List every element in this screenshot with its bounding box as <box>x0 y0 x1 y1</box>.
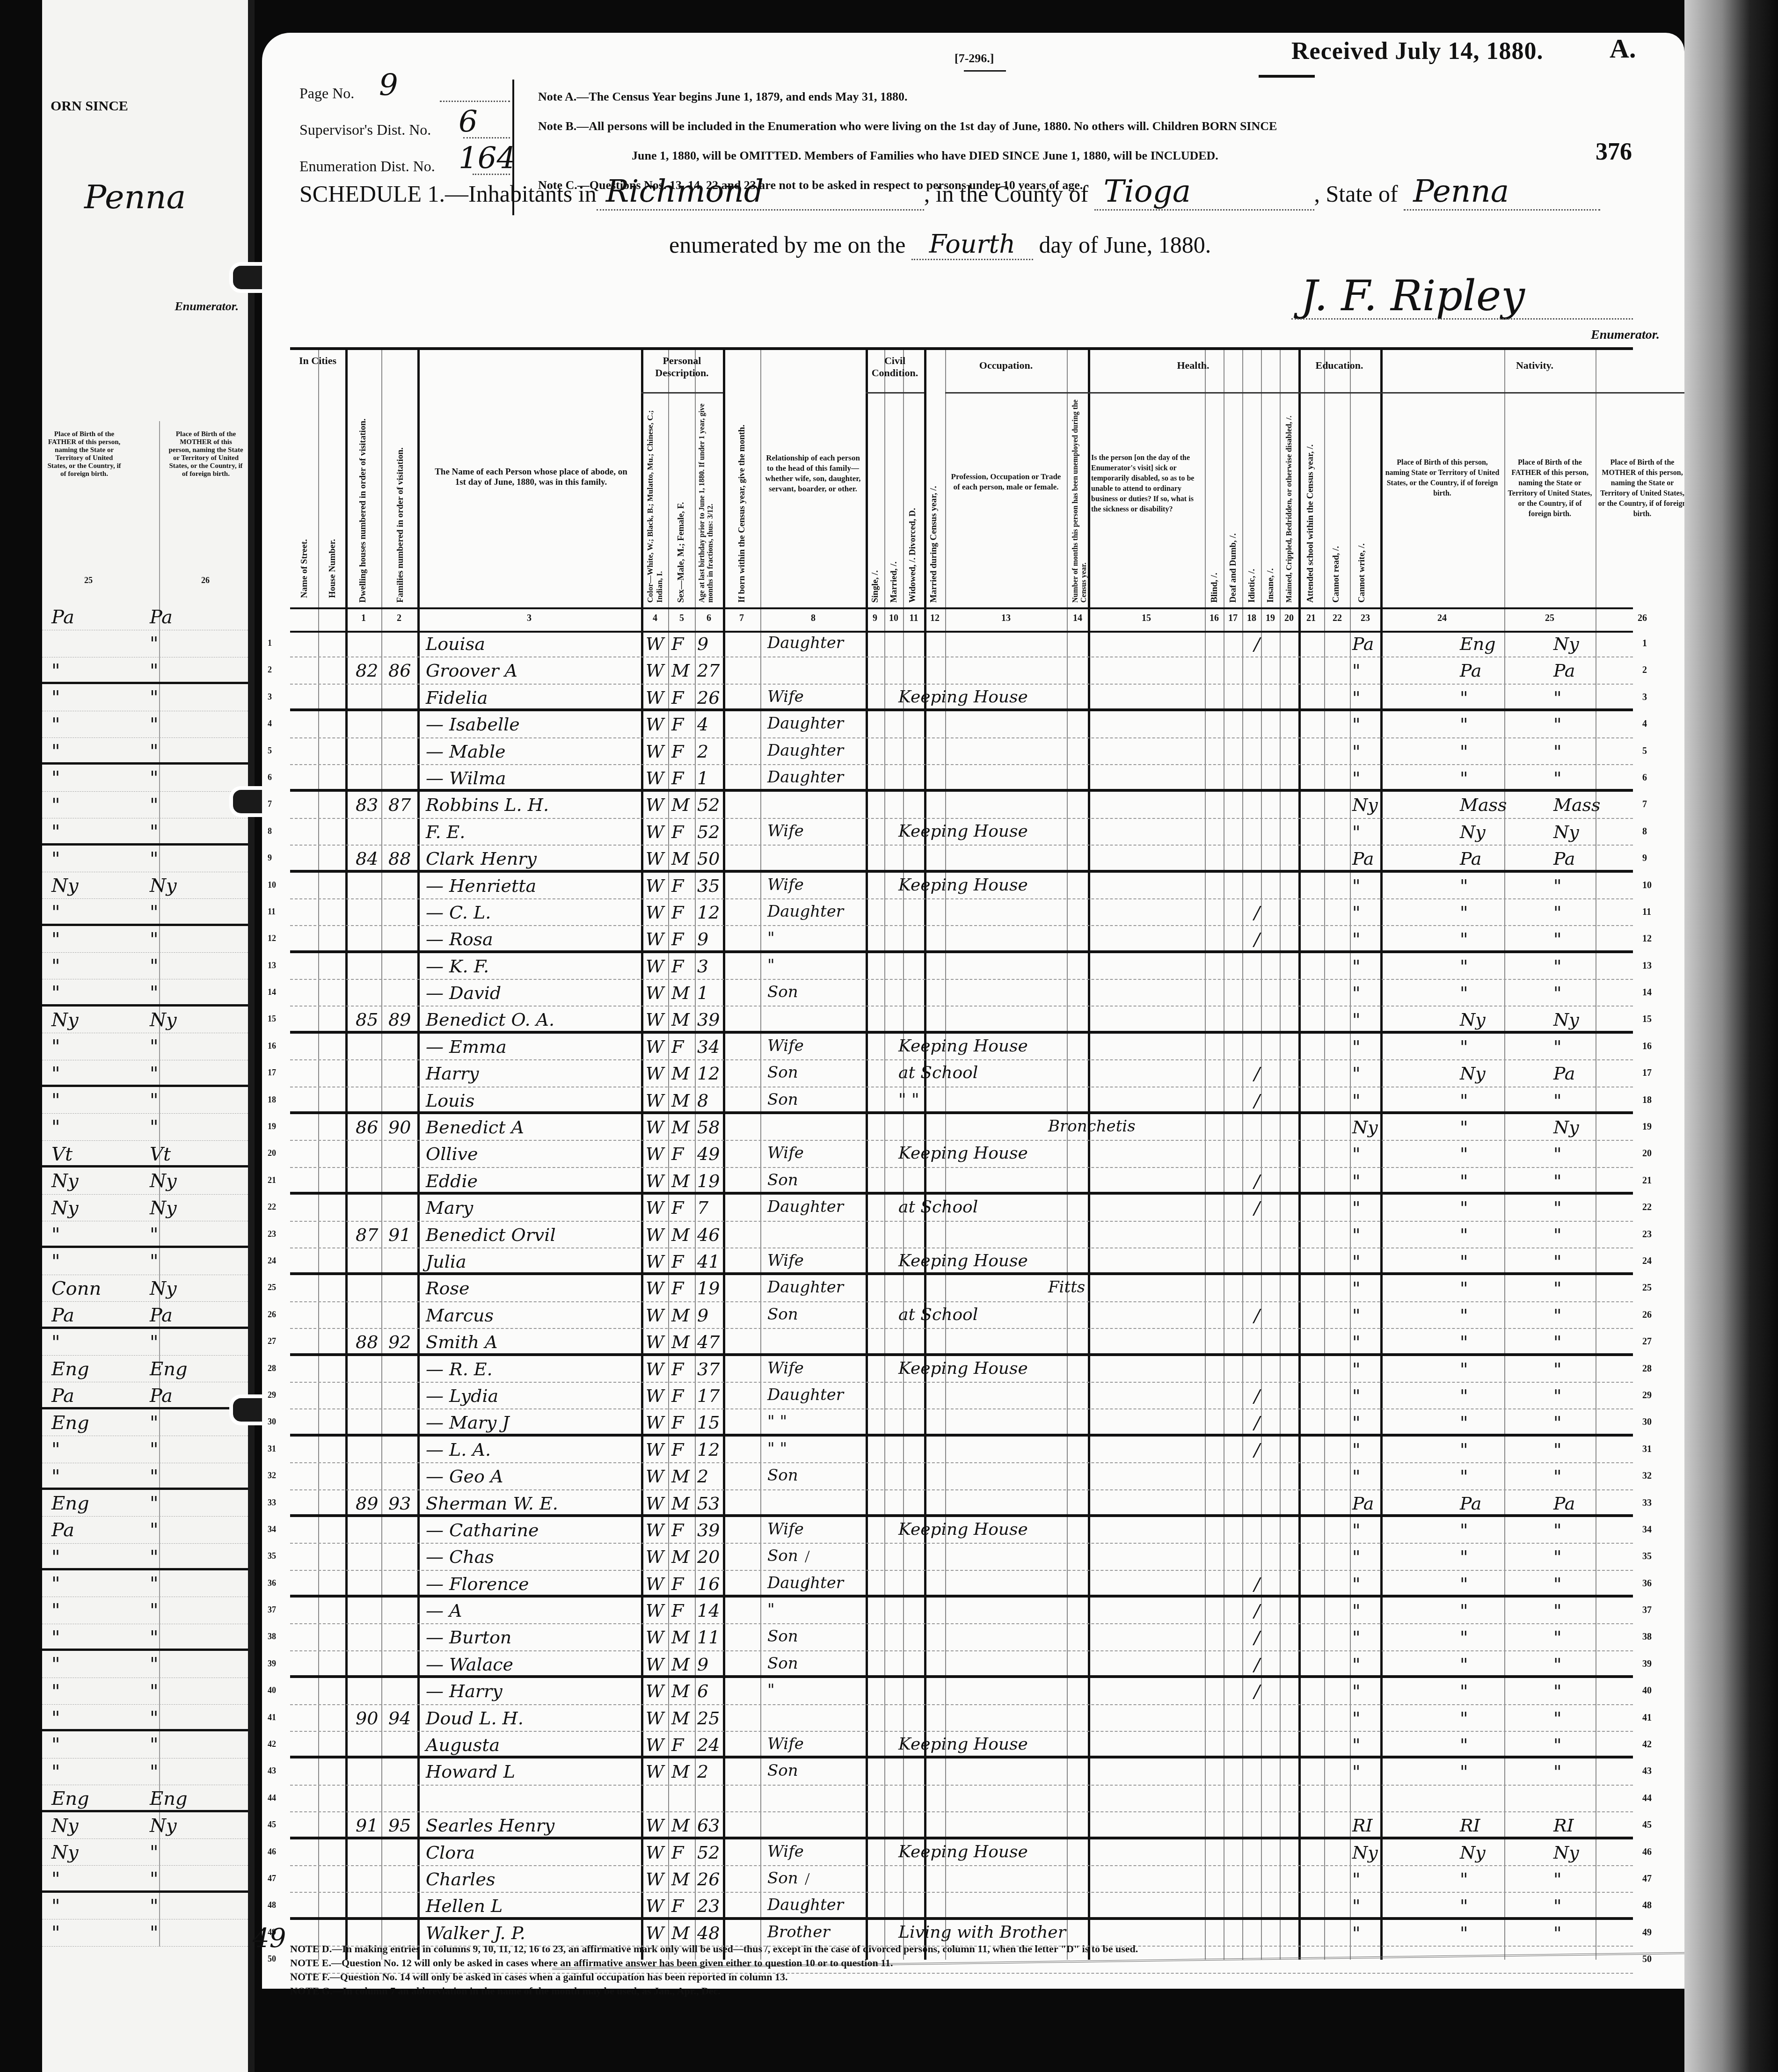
line-number: 24 <box>1642 1256 1652 1267</box>
relationship-value: Daughter <box>767 902 844 921</box>
mother-birthplace-value: Eng <box>150 1358 188 1380</box>
birthplace-value: " <box>1352 1305 1360 1326</box>
header-c26: Place of Birth of the MOTHER of this per… <box>1598 458 1687 519</box>
relationship-value: Son <box>767 1547 798 1565</box>
sex-value: F <box>671 1842 684 1863</box>
mother-birthplace-value: RI <box>1553 1815 1574 1836</box>
birthplace-value: " <box>1352 1761 1360 1782</box>
father-birthplace-value: Conn <box>51 1278 101 1299</box>
line-number: 18 <box>1642 1095 1652 1106</box>
line-number: 37 <box>268 1605 276 1615</box>
family-number: 91 <box>388 1225 411 1245</box>
day-field: Fourth <box>911 229 1033 260</box>
person-name: Benedict O. A. <box>426 1009 554 1030</box>
line-number: 3 <box>268 692 272 702</box>
person-name: Searles Henry <box>426 1815 554 1836</box>
school-mark: / <box>1254 929 1260 949</box>
line-number: 35 <box>268 1551 276 1561</box>
county-field: Tioga <box>1094 173 1314 211</box>
occupation-value: Keeping House <box>898 1842 1028 1861</box>
birthplace-value: " <box>1352 1681 1360 1701</box>
person-name: — Emma <box>426 1036 507 1057</box>
line-number: 9 <box>1642 853 1647 864</box>
mother-birthplace-value: " <box>1553 1600 1561 1621</box>
father-birthplace-value: " <box>1460 687 1468 708</box>
line-number: 41 <box>1642 1713 1652 1723</box>
school-mark: / <box>1254 634 1260 654</box>
mother-birthplace-value: " <box>150 1922 158 1944</box>
header-c18: Idiotic, /. <box>1247 551 1257 603</box>
footer-notes: NOTE D.—In making entries in columns 9, … <box>290 1942 1138 1998</box>
birthplace-value: " <box>1352 1923 1360 1943</box>
sex-value: F <box>671 714 684 735</box>
facing-row: NyNy <box>42 872 248 899</box>
mother-birthplace-value: Pa <box>1553 1063 1575 1084</box>
column-number: 4 <box>653 613 657 624</box>
line-number: 16 <box>1642 1041 1652 1052</box>
table-row: 18LouisWM8Son" "/"""18 <box>290 1087 1633 1114</box>
birthplace-value: " <box>1352 1708 1360 1729</box>
relationship-value: " <box>767 1600 775 1619</box>
father-birthplace-value: " <box>1460 1600 1468 1621</box>
table-row: 5— MableWF2Daughter"""5 <box>290 738 1633 765</box>
mother-birthplace-value: " <box>150 1412 158 1434</box>
sex-value: M <box>671 983 690 1003</box>
header-c15: Is the person [on the day of the Enumera… <box>1091 453 1202 515</box>
mother-birthplace-value: " <box>1553 983 1561 1003</box>
table-row: 26MarcusWM9Sonat School/"""26 <box>290 1302 1633 1329</box>
birthplace-value: Pa <box>1352 848 1374 869</box>
facing-row: VtVt <box>42 1141 248 1167</box>
father-birthplace-value: " <box>1460 1144 1468 1164</box>
father-birthplace-value: " <box>1460 1197 1468 1218</box>
enumeration-date: enumerated by me on the Fourth day of Ju… <box>669 229 1211 260</box>
occupation-value: at School <box>898 1197 978 1217</box>
age-value: 6 <box>697 1681 708 1701</box>
line-number: 18 <box>268 1095 276 1105</box>
sex-value: F <box>671 1278 684 1299</box>
person-name: Groover A <box>426 660 517 681</box>
mother-birthplace-value: " <box>150 1573 158 1595</box>
mother-birthplace-value: " <box>1553 902 1561 923</box>
color-value: W <box>646 768 664 788</box>
birthplace-value: " <box>1352 1090 1360 1111</box>
mother-birthplace-value: " <box>150 1627 158 1649</box>
school-mark: / <box>1254 1171 1260 1191</box>
age-value: 14 <box>697 1600 720 1621</box>
line-number: 40 <box>268 1685 276 1695</box>
mother-birthplace-value: " <box>1553 929 1561 949</box>
header-street: Name of Street. <box>299 504 310 598</box>
occupation-value: Keeping House <box>898 1144 1028 1163</box>
mother-birthplace-value: Ny <box>1553 1842 1579 1863</box>
color-value: W <box>646 1815 664 1836</box>
sex-value: F <box>671 1036 684 1057</box>
color-value: W <box>646 875 664 896</box>
person-name: Fidelia <box>426 687 488 708</box>
birthplace-value: " <box>1352 1654 1360 1675</box>
line-number: 16 <box>268 1041 276 1051</box>
birthplace-value: " <box>1352 1627 1360 1648</box>
mother-birthplace-value: " <box>150 660 158 682</box>
line-number: 50 <box>1642 1954 1652 1965</box>
header-c19: Insane, /. <box>1266 551 1276 603</box>
blank-line <box>463 137 510 139</box>
line-number: 45 <box>268 1820 276 1830</box>
father-birthplace-value: " <box>51 660 60 682</box>
age-value: 37 <box>697 1359 720 1379</box>
facing-row: "" <box>42 979 248 1006</box>
table-row: 47CharlesWM26Son/"""47 <box>290 1866 1633 1893</box>
father-birthplace-value: Pa <box>51 1519 74 1541</box>
table-row: 22MaryWF7Daughterat School/"""22 <box>290 1195 1633 1221</box>
person-name: Benedict Orvil <box>426 1225 556 1245</box>
father-birthplace-value: " <box>51 1573 60 1595</box>
father-birthplace-value: " <box>1460 768 1468 788</box>
color-value: W <box>646 687 664 708</box>
facing-col25-number: 25 <box>84 576 93 585</box>
mother-birthplace-value: " <box>150 1090 158 1111</box>
sex-value: M <box>671 1225 690 1245</box>
line-number: 12 <box>1642 934 1652 944</box>
line-number: 6 <box>1642 773 1647 783</box>
dwelling-number: 88 <box>356 1332 378 1352</box>
school-mark: / <box>1254 1574 1260 1594</box>
table-row: 25RoseWF19DaughterFitts"""25 <box>290 1275 1633 1302</box>
relationship-value: " <box>767 929 775 948</box>
father-birthplace-value: " <box>1460 1090 1468 1111</box>
mother-birthplace-value: Pa <box>150 1305 173 1326</box>
facing-row: "" <box>42 738 248 765</box>
father-birthplace-value: Pa <box>1460 1493 1482 1514</box>
dwelling-number: 86 <box>356 1117 378 1138</box>
person-name: — Chas <box>426 1547 494 1567</box>
sex-value: F <box>671 875 684 896</box>
age-value: 11 <box>697 1627 720 1648</box>
table-row: 43Howard LWM2Son"""43 <box>290 1758 1633 1785</box>
line-number: 44 <box>268 1793 276 1803</box>
header-c11: Widowed, /. Divorced, D. <box>908 467 918 603</box>
line-number: 5 <box>1642 746 1647 757</box>
line-number: 15 <box>268 1014 276 1024</box>
line-number: 4 <box>1642 719 1647 730</box>
sex-value: M <box>671 795 690 815</box>
sex-value: F <box>671 1251 684 1272</box>
table-row: 29— LydiaWF17Daughter/"""29 <box>290 1383 1633 1409</box>
table-row: 28— R. E.WF37WifeKeeping House"""28 <box>290 1356 1633 1383</box>
line-number: 24 <box>268 1256 276 1266</box>
father-birthplace-value: " <box>51 1707 60 1729</box>
header-c2: Families numbered in order of visitation… <box>395 425 406 603</box>
color-value: W <box>646 929 664 949</box>
line-number: 30 <box>268 1417 276 1427</box>
line-number: 39 <box>268 1659 276 1669</box>
school-mark: / <box>1254 1197 1260 1218</box>
facing-page-state: Penna <box>84 178 186 216</box>
father-birthplace-value: " <box>51 1090 60 1111</box>
enumerated-suffix: day of June, 1880. <box>1039 232 1211 258</box>
dwelling-number: 82 <box>356 660 378 681</box>
relationship-value: Wife <box>767 1842 804 1861</box>
header-c23: Cannot write, /. <box>1357 528 1367 603</box>
table-row: 37— AWF14"/"""37 <box>290 1598 1633 1624</box>
married-mark: / <box>805 1574 810 1594</box>
age-value: 2 <box>697 1761 708 1782</box>
color-value: W <box>646 1412 664 1433</box>
father-birthplace-value: " <box>51 687 60 708</box>
line-number: 50 <box>268 1954 276 1964</box>
color-value: W <box>646 1493 664 1514</box>
group-header-nativity: Nativity. <box>1380 359 1689 372</box>
column-number: 26 <box>1638 613 1647 624</box>
age-value: 9 <box>697 634 708 654</box>
father-birthplace-value: Ny <box>51 1197 79 1219</box>
table-row: 98488Clark HenryWM50PaPaPa9 <box>290 846 1633 872</box>
note-e: NOTE E.—Question No. 12 will only be ask… <box>290 1956 1138 1970</box>
column-number: 20 <box>1284 613 1294 624</box>
mother-birthplace-value: " <box>150 687 158 708</box>
school-mark: / <box>1254 902 1260 923</box>
color-value: W <box>646 902 664 923</box>
birthplace-value: " <box>1352 902 1360 923</box>
relationship-value: Wife <box>767 1144 804 1162</box>
mother-birthplace-value: Ny <box>1553 1009 1579 1030</box>
family-number: 94 <box>388 1708 411 1729</box>
person-name: Rose <box>426 1278 469 1299</box>
birthplace-value: " <box>1352 687 1360 708</box>
age-value: 19 <box>697 1171 720 1191</box>
person-name: Doud L. H. <box>426 1708 524 1729</box>
sex-value: F <box>671 1735 684 1755</box>
family-number: 95 <box>388 1815 411 1836</box>
table-row: 34— CatharineWF39WifeKeeping House"""34 <box>290 1517 1633 1544</box>
column-number: 14 <box>1073 613 1082 624</box>
header-c13: Profession, Occupation or Trade of each … <box>950 472 1062 492</box>
father-birthplace-value: " <box>51 1654 60 1675</box>
person-name: Ollive <box>426 1144 478 1164</box>
father-birthplace-value: " <box>1460 1412 1468 1433</box>
mother-birthplace-value: " <box>150 1681 158 1702</box>
mother-birthplace-value: " <box>150 1600 158 1621</box>
occupation-value: Keeping House <box>898 1520 1028 1539</box>
facing-row: "" <box>42 1731 248 1758</box>
mother-birthplace-value: Ny <box>150 1009 177 1031</box>
person-name: — L. A. <box>426 1439 491 1460</box>
birthplace-value: " <box>1352 1009 1360 1030</box>
column-number: 6 <box>707 613 711 624</box>
mother-birthplace-value: Ny <box>150 875 177 897</box>
father-birthplace-value: " <box>1460 714 1468 735</box>
table-row: 28286Groover AWM27"PaPa2 <box>290 657 1633 684</box>
line-number: 32 <box>268 1471 276 1481</box>
facing-row: "" <box>42 1221 248 1248</box>
person-name: Charles <box>426 1869 496 1890</box>
relationship-value: Wife <box>767 822 804 840</box>
table-row: 278892Smith AWM47"""27 <box>290 1329 1633 1356</box>
table-row: 40— HarryWM6"/"""40 <box>290 1678 1633 1705</box>
facing-row: EngEng <box>42 1356 248 1382</box>
mother-birthplace-value: " <box>1553 1735 1561 1755</box>
sex-value: F <box>671 1359 684 1379</box>
table-row: 32— Geo AWM2Son"""32 <box>290 1463 1633 1490</box>
line-number: 47 <box>1642 1874 1652 1884</box>
person-name: Robbins L. H. <box>426 795 549 815</box>
line-number: 14 <box>268 987 276 997</box>
facing-row: "" <box>42 1866 248 1892</box>
age-value: 9 <box>697 929 708 949</box>
sex-value: F <box>671 1439 684 1460</box>
line-number: 39 <box>1642 1659 1652 1670</box>
relationship-value: " " <box>767 1412 787 1431</box>
father-birthplace-value: " <box>1460 1681 1468 1701</box>
health-value: Bronchetis <box>1048 1117 1136 1136</box>
age-value: 12 <box>697 902 720 923</box>
person-name: — Wilma <box>426 768 506 788</box>
line-number: 25 <box>268 1283 276 1292</box>
father-birthplace-value: " <box>1460 1171 1468 1191</box>
line-number: 8 <box>1642 826 1647 837</box>
mother-birthplace-value: " <box>1553 1251 1561 1272</box>
occupation-value: Keeping House <box>898 1359 1028 1378</box>
facing-row: "" <box>42 1087 248 1114</box>
header-c6: Age at last birthday prior to June 1, 18… <box>698 392 719 603</box>
relationship-value: Son <box>767 1466 798 1485</box>
sex-value: M <box>671 1923 690 1943</box>
relationship-value: Wife <box>767 1036 804 1055</box>
person-name: — Mable <box>426 741 506 762</box>
relationship-value: Son <box>767 1869 798 1888</box>
line-number: 7 <box>268 799 272 809</box>
birthplace-value: " <box>1352 1896 1360 1916</box>
county-label: , in the County of <box>924 181 1088 207</box>
father-birthplace-value: Pa <box>1460 660 1482 681</box>
header-c17: Deaf and Dumb, /. <box>1228 514 1239 603</box>
mother-birthplace-value: " <box>1553 1144 1561 1164</box>
mother-birthplace-value: " <box>150 1707 158 1729</box>
line-number: 43 <box>1642 1766 1652 1777</box>
father-birthplace-value: " <box>51 1224 60 1246</box>
table-row: 38— BurtonWM11Son/"""38 <box>290 1624 1633 1651</box>
father-birthplace-value: " <box>1460 1225 1468 1245</box>
birthplace-value: " <box>1352 714 1360 735</box>
person-name: Louisa <box>426 634 485 654</box>
sex-value: M <box>671 1332 690 1352</box>
line-number: 38 <box>268 1632 276 1642</box>
page-no-row: Page No. 9 <box>299 70 515 107</box>
mother-birthplace-value: Pa <box>1553 1493 1575 1514</box>
person-name: Howard L <box>426 1761 515 1782</box>
group-header-in-cities: In Cities <box>290 355 345 367</box>
birthplace-value: " <box>1352 1547 1360 1567</box>
header-c14: Number of months this person has been un… <box>1071 392 1088 603</box>
sex-value: M <box>671 1681 690 1701</box>
line-number: 11 <box>1642 907 1651 918</box>
color-value: W <box>646 1547 664 1567</box>
father-birthplace-value: Eng <box>51 1788 89 1809</box>
line-number: 2 <box>1642 665 1647 676</box>
line-number: 34 <box>1642 1525 1652 1535</box>
occupation-value: Keeping House <box>898 875 1028 895</box>
line-number: 17 <box>1642 1068 1652 1079</box>
table-row: 24JuliaWF41WifeKeeping House"""24 <box>290 1248 1633 1275</box>
mother-birthplace-value: Ny <box>150 1815 177 1837</box>
father-birthplace-value: Pa <box>51 1305 74 1326</box>
relationship-value: Wife <box>767 687 804 706</box>
age-value: 15 <box>697 1412 720 1433</box>
facing-row: "" <box>42 1248 248 1275</box>
page-no-value: 9 <box>379 68 398 103</box>
age-value: 4 <box>697 714 708 735</box>
line-number: 6 <box>268 773 272 782</box>
line-number: 27 <box>1642 1336 1652 1347</box>
mother-birthplace-value: " <box>1553 875 1561 896</box>
column-number: 22 <box>1333 613 1342 624</box>
supervisor-dist-row: Supervisor's Dist. No. 6 <box>299 107 515 143</box>
person-name: — Mary J <box>426 1412 510 1433</box>
person-name: — A <box>426 1600 462 1621</box>
table-row: 14— DavidWM1Son"""14 <box>290 980 1633 1007</box>
father-birthplace-value: Eng <box>1460 634 1496 654</box>
father-birthplace-value: " <box>1460 1627 1468 1648</box>
mother-birthplace-value: Vt <box>150 1144 171 1165</box>
married-mark: / <box>805 1869 810 1890</box>
father-birthplace-value: " <box>51 795 60 816</box>
color-value: W <box>646 1520 664 1540</box>
relationship-value: Wife <box>767 875 804 894</box>
father-birthplace-value: Ny <box>51 875 79 897</box>
group-header-health: Health. <box>1088 359 1298 372</box>
age-value: 27 <box>697 660 720 681</box>
sex-value: F <box>671 1520 684 1540</box>
mother-birthplace-value: " <box>1553 1278 1561 1299</box>
mother-birthplace-value: " <box>150 1063 158 1085</box>
birthplace-value: " <box>1352 1063 1360 1084</box>
family-number: 92 <box>388 1332 411 1352</box>
table-row: 419094Doud L. H.WM25"""41 <box>290 1705 1633 1732</box>
mother-birthplace-value: " <box>1553 1761 1561 1782</box>
age-value: 63 <box>697 1815 720 1836</box>
facing-row: "" <box>42 792 248 818</box>
column-number: 12 <box>930 613 940 624</box>
dwelling-number: 90 <box>356 1708 378 1729</box>
birthplace-value: " <box>1352 1197 1360 1218</box>
person-name: Mary <box>426 1197 473 1218</box>
family-number: 88 <box>388 848 411 869</box>
line-number: 40 <box>1642 1685 1652 1696</box>
table-row: 4— IsabelleWF4Daughter"""4 <box>290 711 1633 738</box>
birthplace-value: " <box>1352 1359 1360 1379</box>
person-name: — Henrietta <box>426 875 536 896</box>
mother-birthplace-value: " <box>150 795 158 816</box>
father-birthplace-value: " <box>51 1332 60 1353</box>
line-number: 15 <box>1642 1014 1652 1025</box>
birthplace-value: " <box>1352 1144 1360 1164</box>
father-birthplace-value: " <box>51 956 60 977</box>
group-header-occupation: Occupation. <box>945 359 1067 372</box>
sex-value: F <box>671 956 684 977</box>
divider <box>1259 75 1315 78</box>
sex-value: M <box>671 1654 690 1675</box>
divider <box>866 392 924 394</box>
color-value: W <box>646 1896 664 1916</box>
relationship-value: Daughter <box>767 768 844 787</box>
line-number: 42 <box>268 1739 276 1749</box>
column-number: 7 <box>739 613 744 624</box>
color-value: W <box>646 848 664 869</box>
relationship-value: Son <box>767 1063 798 1082</box>
father-birthplace-value: " <box>1460 1923 1468 1943</box>
sex-value: M <box>671 1547 690 1567</box>
